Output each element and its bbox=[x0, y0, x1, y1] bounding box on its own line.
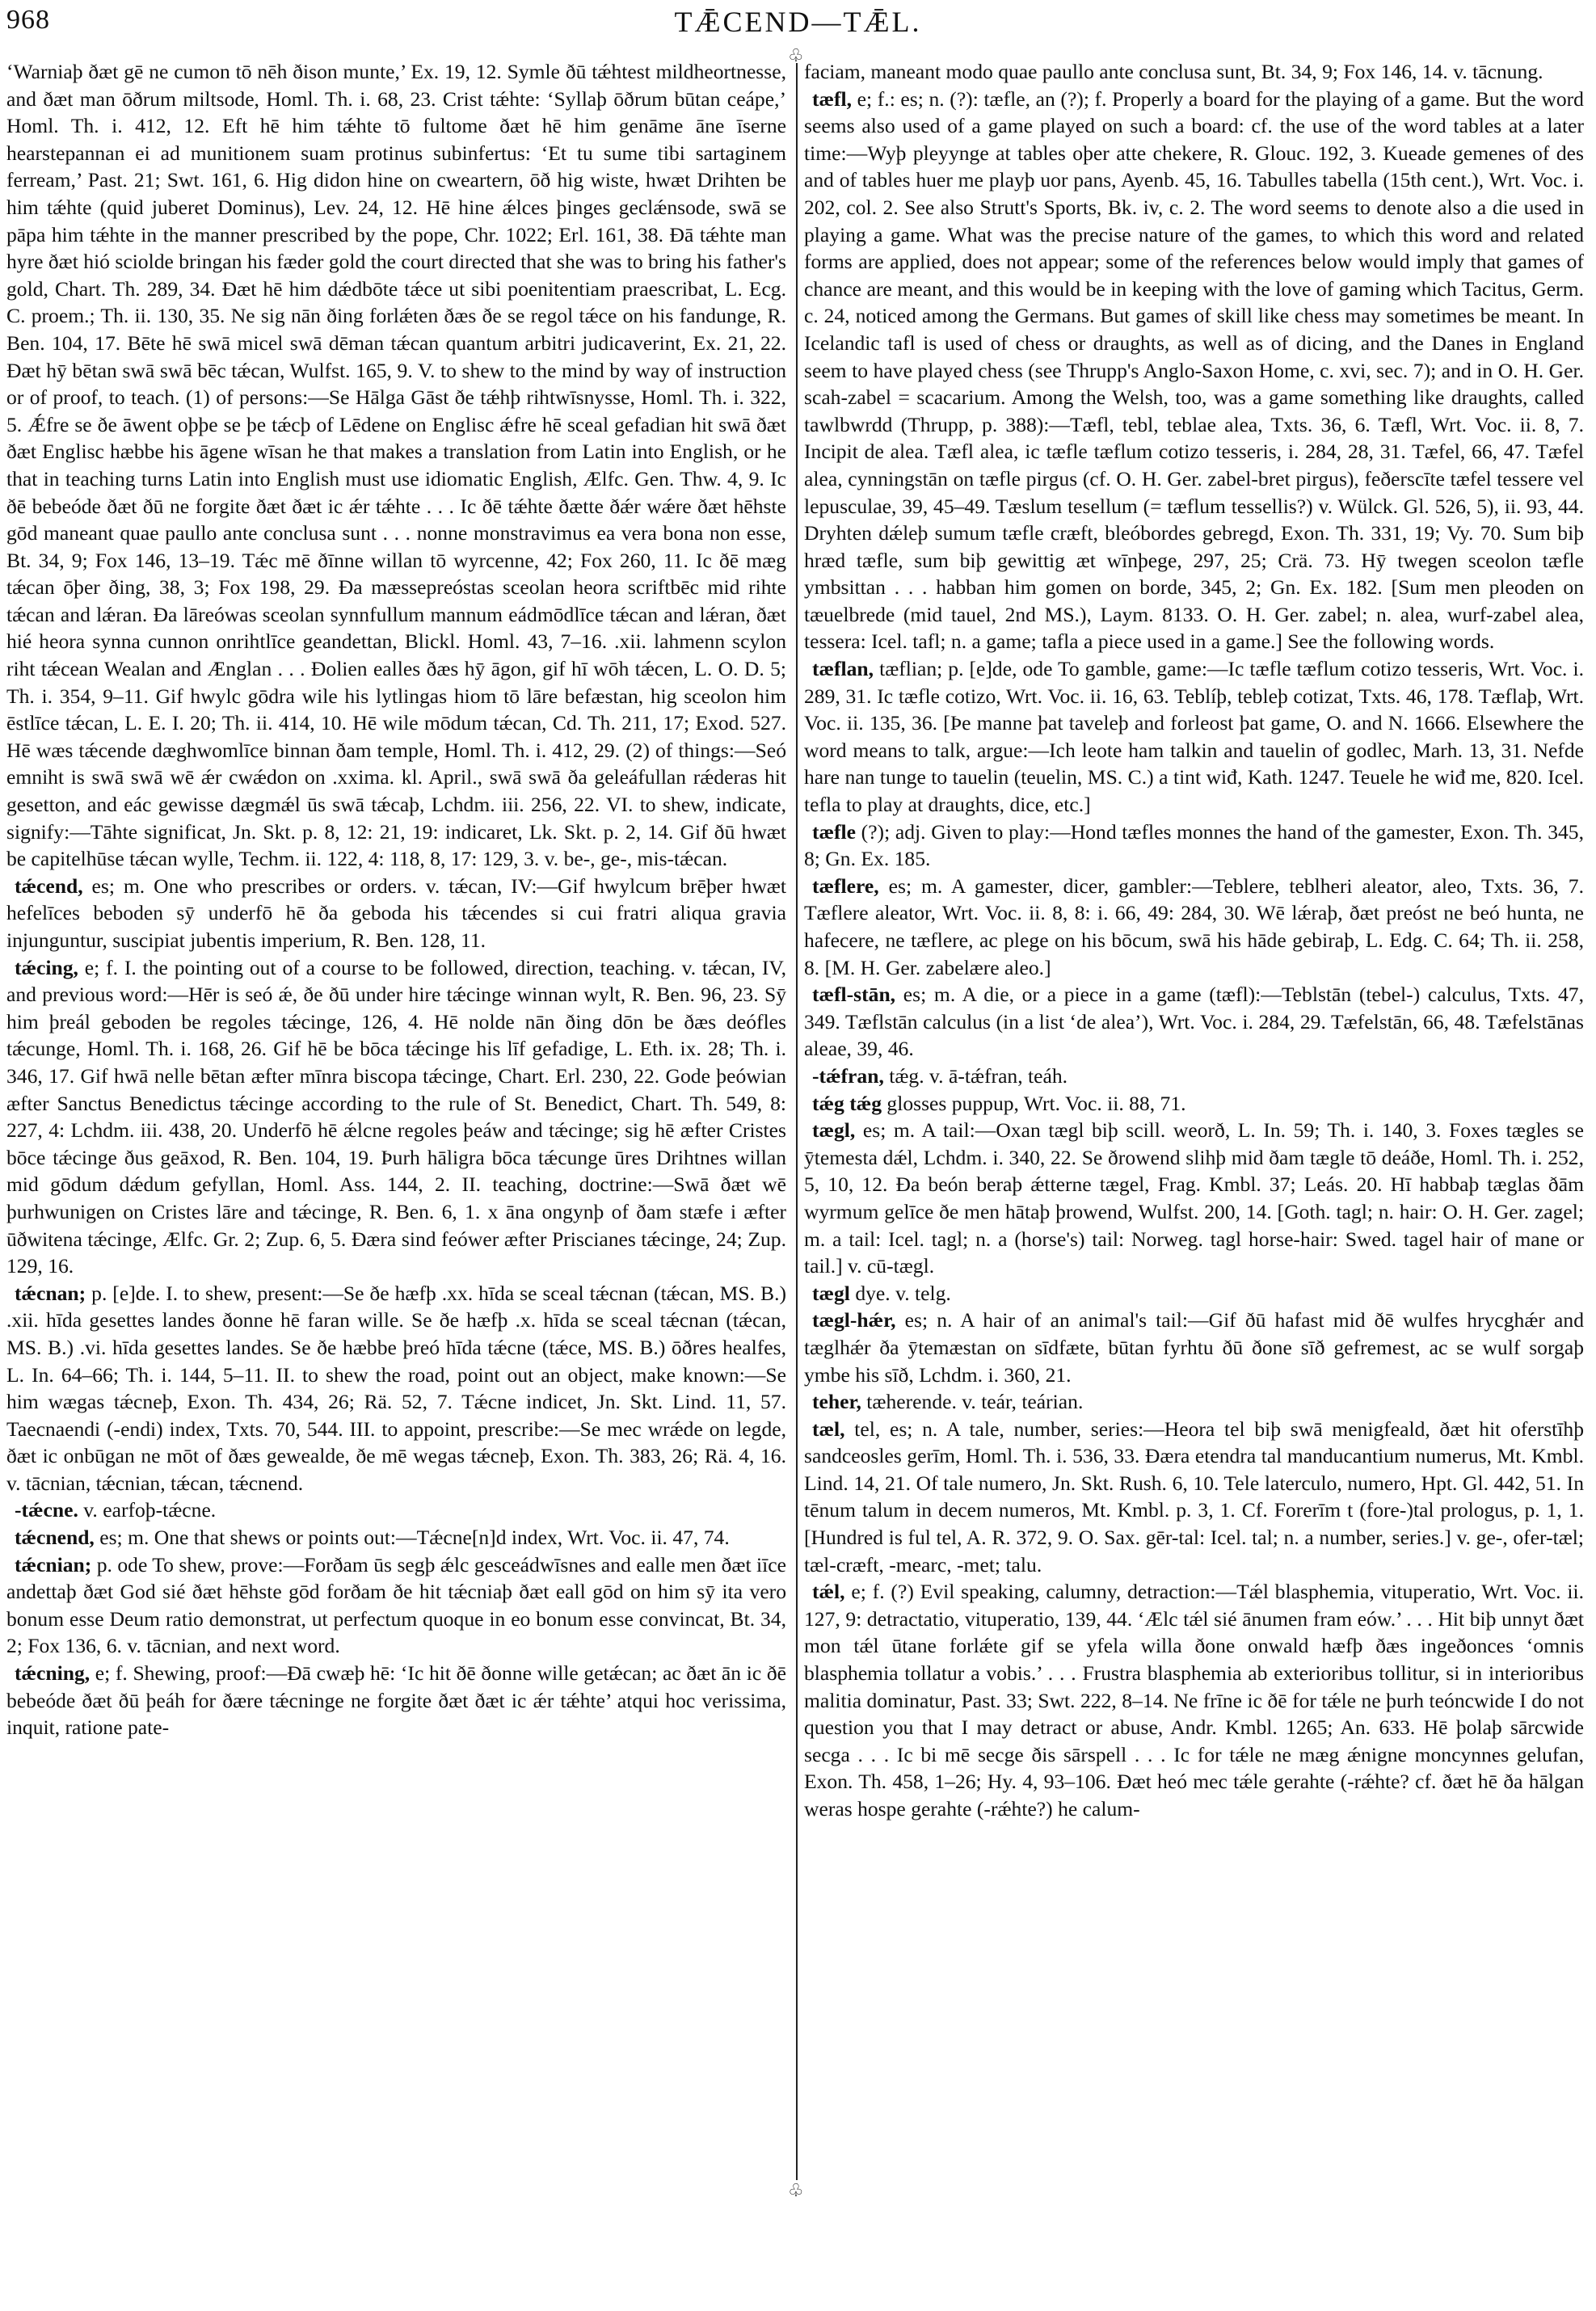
column-divider bbox=[796, 63, 798, 2180]
dictionary-entry: tǽcend, es; m. One who prescribes or ord… bbox=[6, 873, 786, 954]
headword: tǽcnan; bbox=[15, 1282, 86, 1305]
entry-continuation: ‘Warniaþ ðæt gē ne cumon tō nēh ðison mu… bbox=[6, 58, 786, 873]
entry-text: es; m. One that shews or points out:—Tǽc… bbox=[99, 1526, 730, 1549]
entry-text: e; f. Shewing, proof:—Ðā cwæþ hē: ‘Ic hi… bbox=[6, 1661, 786, 1739]
dictionary-entry: tæfle (?); adj. Given to play:—Hond tæfl… bbox=[804, 819, 1584, 873]
dictionary-entry: tæflere, es; m. A gamester, dicer, gambl… bbox=[804, 873, 1584, 981]
entry-text: ‘Warniaþ ðæt gē ne cumon tō nēh ðison mu… bbox=[6, 60, 786, 870]
dictionary-entry: tægl, es; m. A tail:—Oxan tægl biþ scill… bbox=[804, 1117, 1584, 1280]
dictionary-entry: tǽcing, e; f. I. the pointing out of a c… bbox=[6, 954, 786, 1280]
entry-text: es; m. A die, or a piece in a game (tæfl… bbox=[804, 983, 1584, 1060]
entry-text: e; f. (?) Evil speaking, calumny, detrac… bbox=[804, 1580, 1584, 1821]
dictionary-entry: tæflan, tæflian; p. [e]de, ode To gamble… bbox=[804, 655, 1584, 819]
headword: tæfl-stān, bbox=[812, 983, 895, 1006]
entry-continuation: faciam, maneant modo quae paullo ante co… bbox=[804, 58, 1584, 86]
headword: -tǽcne. bbox=[15, 1498, 78, 1522]
entry-text: es; m. One who prescribes or orders. v. … bbox=[6, 874, 786, 952]
entry-text: tæflian; p. [e]de, ode To gamble, game:—… bbox=[804, 657, 1584, 816]
running-title: TǢCEND—TǢL. bbox=[0, 5, 1596, 39]
entry-text: es; n. A hair of an animal's tail:—Gif ð… bbox=[804, 1308, 1584, 1386]
dictionary-entry: -tǽcne. v. earfoþ-tǽcne. bbox=[6, 1496, 786, 1524]
headword: tæflere, bbox=[812, 874, 879, 898]
headword: tægl, bbox=[812, 1118, 855, 1142]
dictionary-entry: tæfl-stān, es; m. A die, or a piece in a… bbox=[804, 981, 1584, 1063]
headword: tǽcnian; bbox=[15, 1553, 91, 1576]
entry-text: p. ode To shew, prove:—Forðam ūs segþ ǽl… bbox=[6, 1553, 786, 1658]
dictionary-entry: tægl dye. v. telg. bbox=[804, 1280, 1584, 1307]
entry-text: tǽg. v. ā-tǽfran, teáh. bbox=[889, 1064, 1068, 1088]
column-ornament-top-icon: ♧ bbox=[788, 47, 804, 65]
headword: tæflan, bbox=[812, 657, 874, 680]
headword: tǽg tǽg bbox=[812, 1092, 882, 1115]
dictionary-entry: teher, tæherende. v. teár, teárian. bbox=[804, 1388, 1584, 1416]
headword: tægl bbox=[812, 1282, 850, 1305]
entry-text: glosses puppup, Wrt. Voc. ii. 88, 71. bbox=[886, 1092, 1185, 1115]
entry-text: tæherende. v. teár, teárian. bbox=[866, 1390, 1083, 1413]
headword: tǽcnend, bbox=[15, 1526, 95, 1549]
entry-text: tel, es; n. A tale, number, series:—Heor… bbox=[804, 1417, 1584, 1576]
dictionary-entry: tǽcnend, es; m. One that shews or points… bbox=[6, 1524, 786, 1551]
headword: tǽcning, bbox=[15, 1661, 90, 1685]
entry-text: e; f.: es; n. (?): tæfle, an (?); f. Pro… bbox=[804, 87, 1584, 654]
dictionary-entry: tægl-hǽr, es; n. A hair of an animal's t… bbox=[804, 1307, 1584, 1388]
entry-text: es; m. A gamester, dicer, gambler:—Teble… bbox=[804, 874, 1584, 979]
dictionary-entry: tǽcning, e; f. Shewing, proof:—Ðā cwæþ h… bbox=[6, 1660, 786, 1741]
headword: tæl, bbox=[812, 1417, 845, 1441]
headword: -tǽfran, bbox=[812, 1064, 884, 1088]
column-ornament-bottom-icon: ♧ bbox=[788, 2182, 804, 2199]
headword: tægl-hǽr, bbox=[812, 1308, 896, 1332]
entry-text: v. earfoþ-tǽcne. bbox=[83, 1498, 216, 1522]
dictionary-entry: tæl, tel, es; n. A tale, number, series:… bbox=[804, 1416, 1584, 1579]
entry-text: faciam, maneant modo quae paullo ante co… bbox=[804, 60, 1543, 83]
headword: tæfl, bbox=[812, 87, 852, 111]
dictionary-entry: tǽcnan; p. [e]de. I. to shew, present:—S… bbox=[6, 1280, 786, 1497]
dictionary-entry: tǽcnian; p. ode To shew, prove:—Forðam ū… bbox=[6, 1551, 786, 1660]
dictionary-entry: tǽg tǽg glosses puppup, Wrt. Voc. ii. 88… bbox=[804, 1090, 1584, 1118]
headword: tǽl, bbox=[812, 1580, 845, 1603]
dictionary-entry: tæfl, e; f.: es; n. (?): tæfle, an (?); … bbox=[804, 86, 1584, 655]
entry-text: es; m. A tail:—Oxan tægl biþ scill. weor… bbox=[804, 1118, 1584, 1278]
headword: teher, bbox=[812, 1390, 861, 1413]
dictionary-entry: tǽl, e; f. (?) Evil speaking, calumny, d… bbox=[804, 1578, 1584, 1822]
entry-text: dye. v. telg. bbox=[855, 1282, 950, 1305]
dictionary-entry: -tǽfran, tǽg. v. ā-tǽfran, teáh. bbox=[804, 1063, 1584, 1090]
entry-text: (?); adj. Given to play:—Hond tæfles mon… bbox=[804, 820, 1584, 871]
headword: tǽcing, bbox=[15, 956, 78, 979]
entry-text: p. [e]de. I. to shew, present:—Se ðe hæf… bbox=[6, 1282, 786, 1495]
left-column: ‘Warniaþ ðæt gē ne cumon tō nēh ðison mu… bbox=[6, 58, 786, 1741]
headword: tæfle bbox=[812, 820, 856, 844]
entry-text: e; f. I. the pointing out of a course to… bbox=[6, 956, 786, 1278]
headword: tǽcend, bbox=[15, 874, 83, 898]
right-column: faciam, maneant modo quae paullo ante co… bbox=[804, 58, 1584, 1823]
